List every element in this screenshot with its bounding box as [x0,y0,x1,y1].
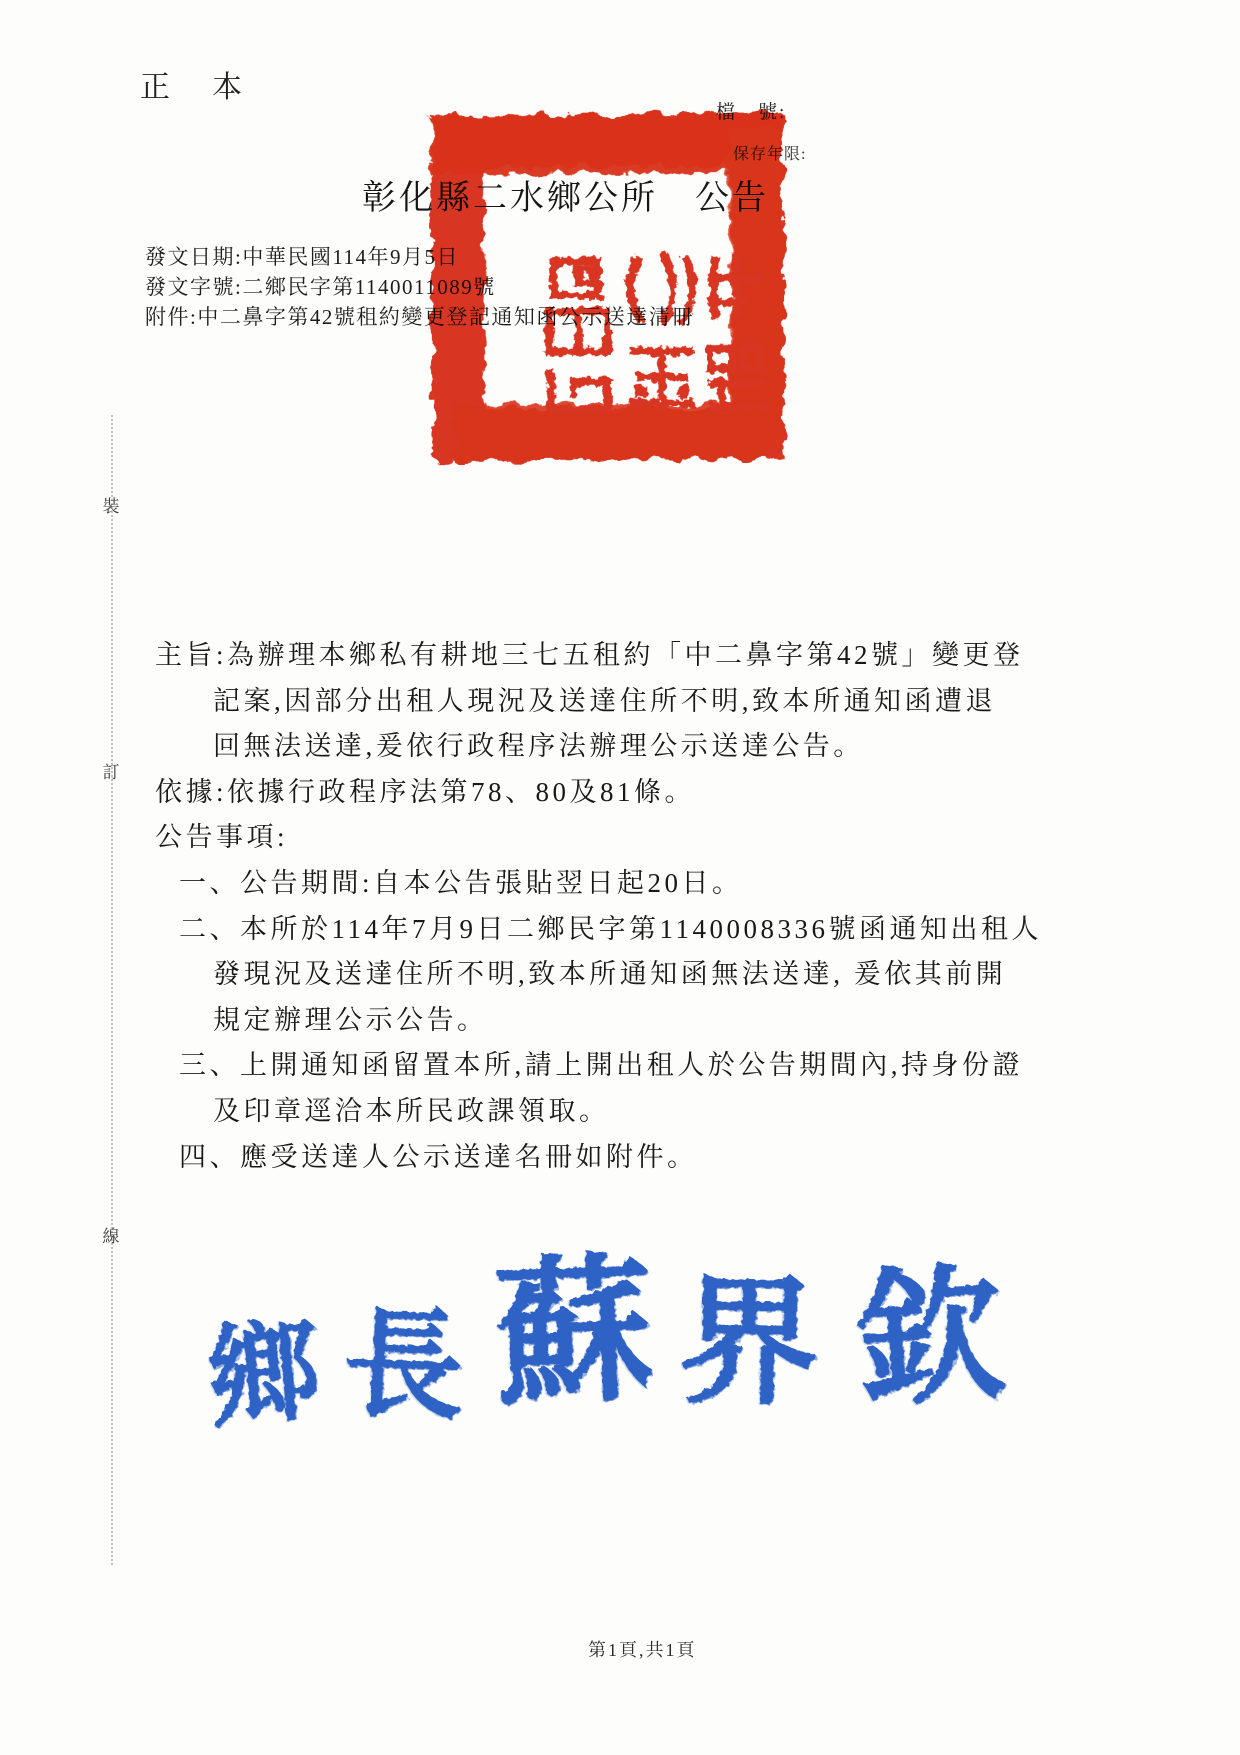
page-number: 第1頁,共1頁 [588,1636,697,1662]
copy-type-label: 正 本 [140,62,248,106]
body-line: 公告事項: [155,815,1105,861]
binding-mark-ding: 訂 [95,758,127,783]
signature-character: 鄉 [203,1315,324,1436]
body-line: 規定辦理公示公告。 [213,998,1105,1044]
body-line: 四、應受送達人公示送達名冊如附件。 [179,1135,1105,1181]
mayor-signature-stamp: 鄉長蘇界欽 [205,1248,845,1448]
body-line: 及印章逕洽本所民政課領取。 [213,1089,1105,1135]
body-line: 回無法送達,爰依行政程序法辦理公示送達公告。 [213,724,1105,770]
body-line: 主旨:為辦理本鄉私有耕地三七五租約「中二鼻字第42號」變更登 [155,633,1105,679]
body-line: 依據:依據行政程序法第78、80及81條。 [155,770,1105,816]
signature-character: 欽 [851,1261,1009,1419]
body-line: 三、上開通知函留置本所,請上開出租人於公告期間內,持身份證 [179,1043,1105,1089]
binding-mark-zhuang: 裝 [95,492,127,517]
body-text: 主旨:為辦理本鄉私有耕地三七五租約「中二鼻字第42號」變更登記案,因部分出租人現… [155,633,1105,1180]
body-line: 發現況及送達住所不明,致本所通知函無法送達, 爰依其前開 [213,952,1105,998]
body-line: 記案,因部分出租人現況及送達住所不明,致本所通知函遭退 [213,679,1105,725]
official-seal-stamp [427,109,789,466]
signature-character: 長 [342,1305,466,1429]
body-line: 二、本所於114年7月9日二鄉民字第1140008336號函通知出租人 [179,907,1105,953]
binding-dotted-line [111,415,113,1565]
body-line: 一、公告期間:自本公告張貼翌日起20日。 [179,861,1105,907]
signature-character: 蘇 [493,1253,656,1416]
document-page: 正 本 檔 號: 保存年限: 彰化縣二水鄉公所 公告 發文日期:中華民國114年… [0,0,1240,1755]
signature-character: 界 [678,1274,820,1416]
binding-mark-xian: 線 [95,1222,127,1247]
